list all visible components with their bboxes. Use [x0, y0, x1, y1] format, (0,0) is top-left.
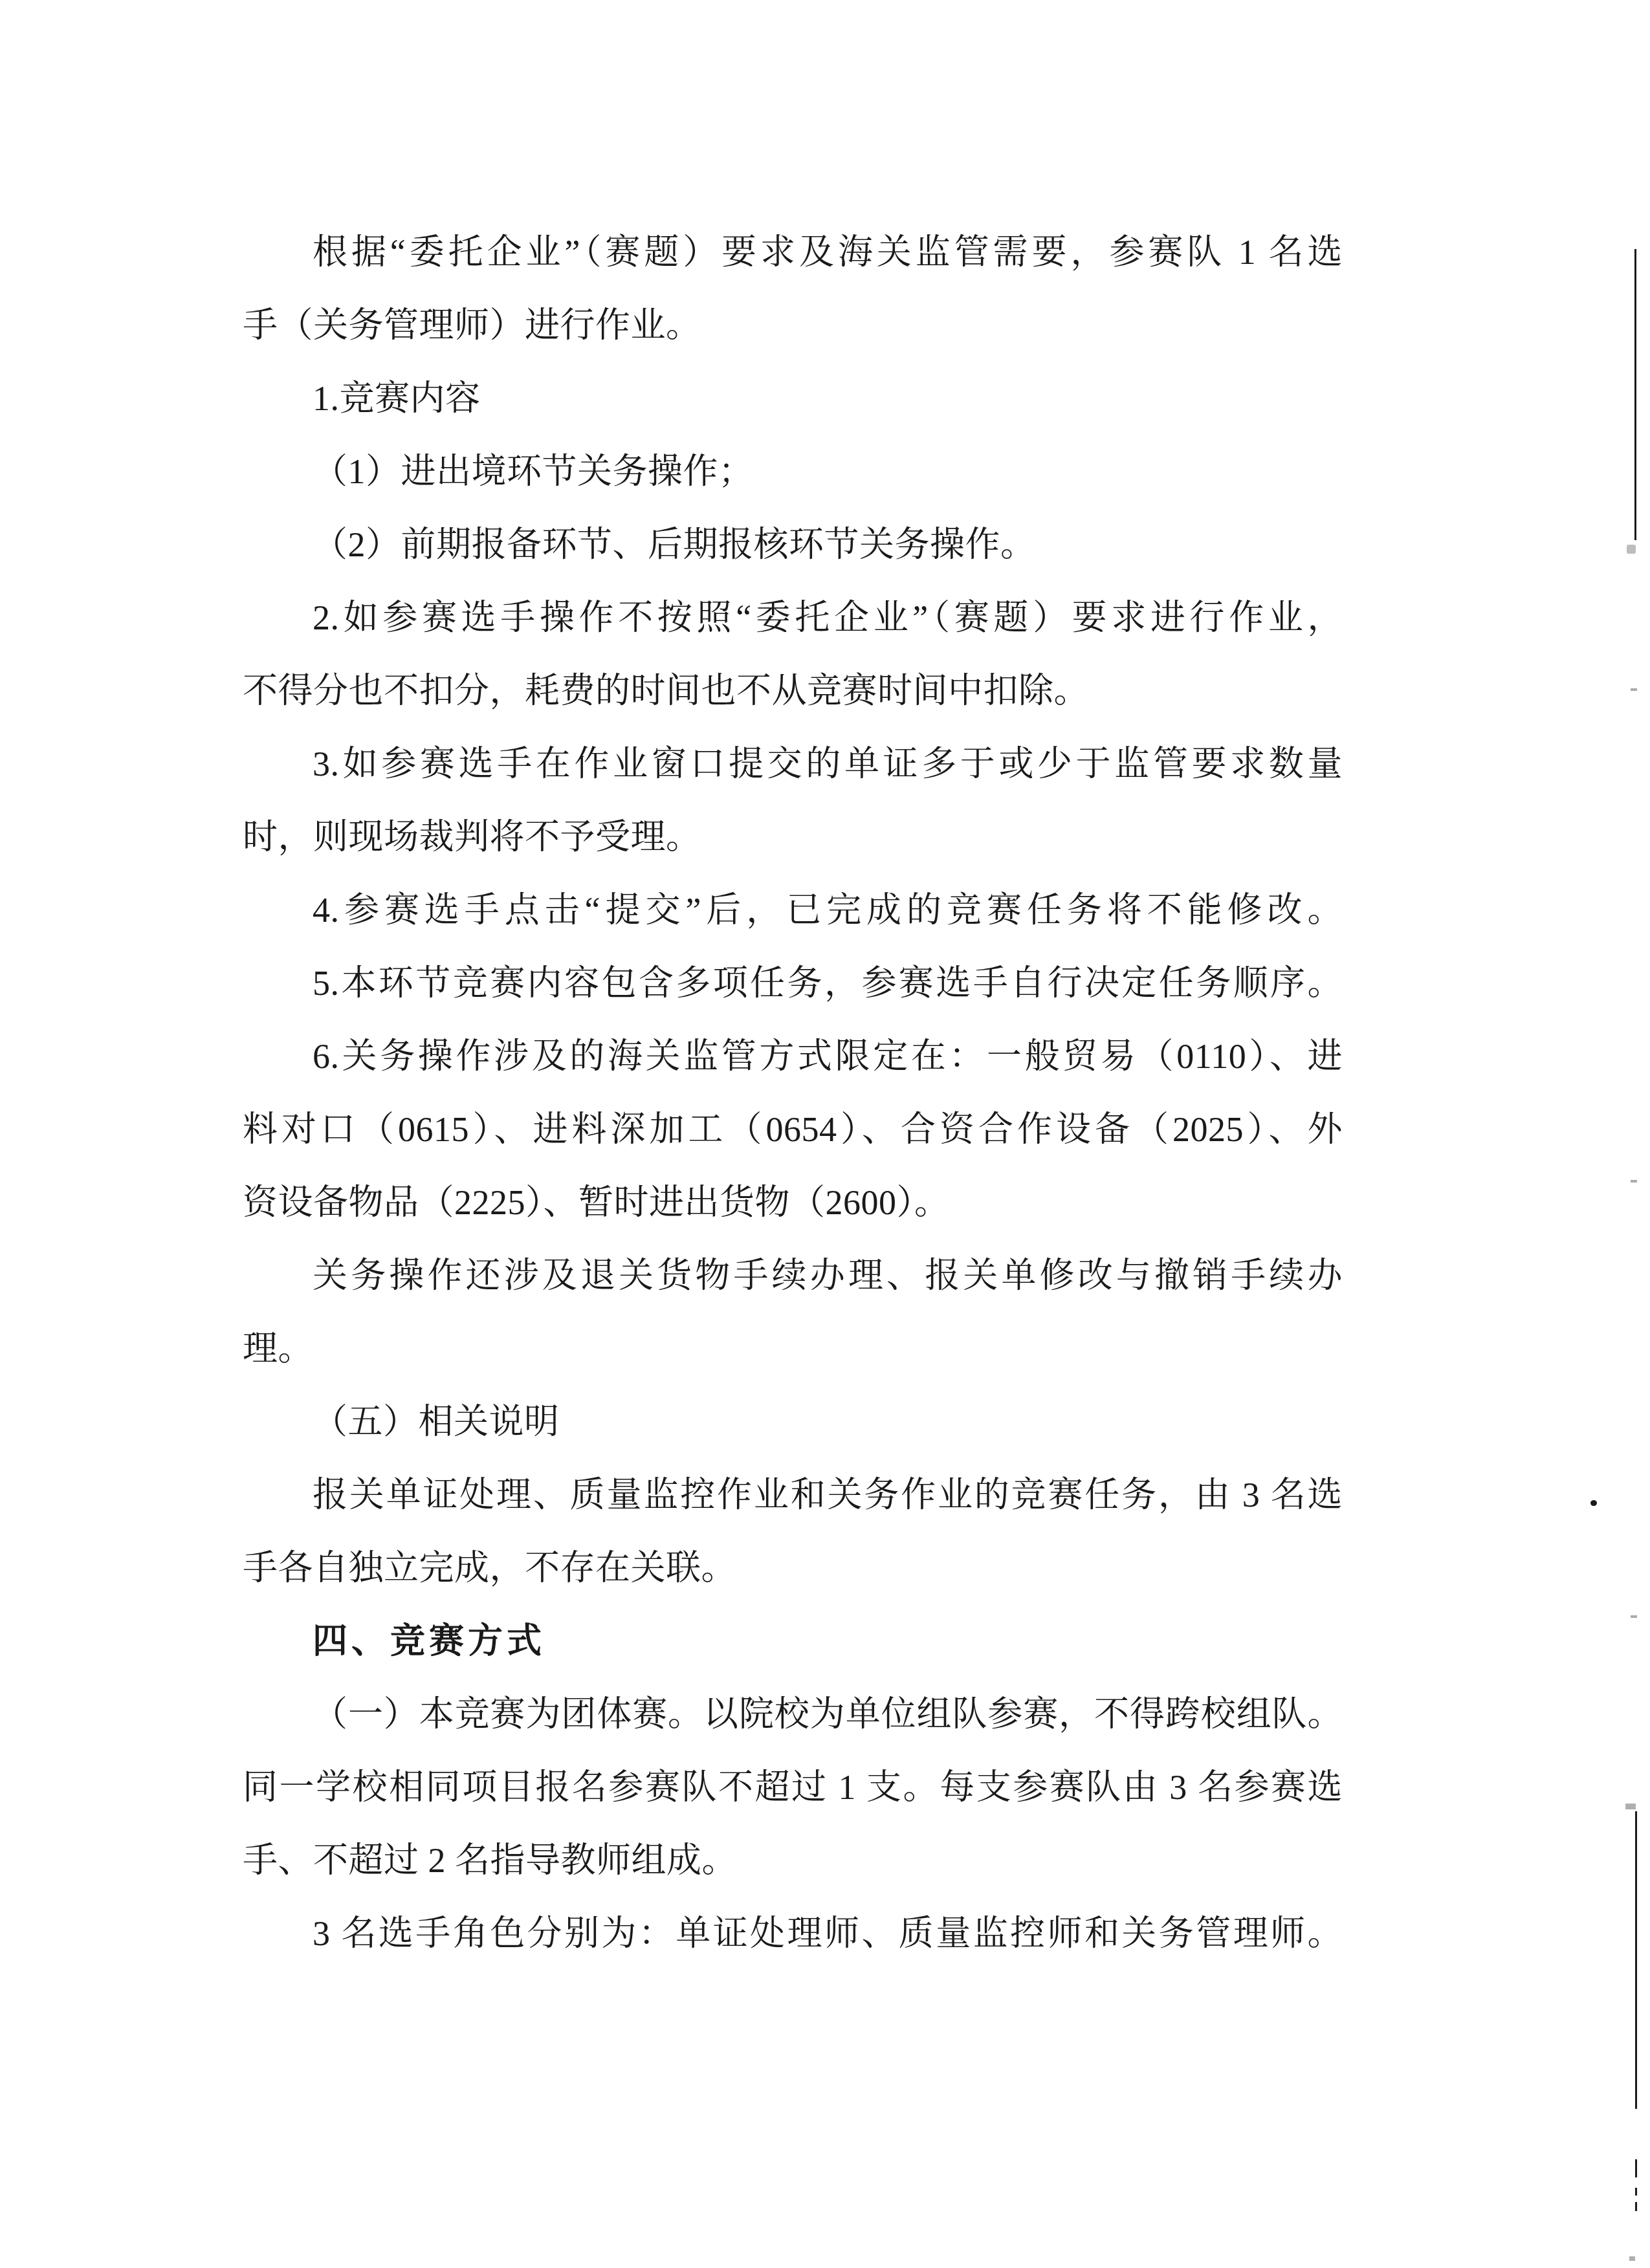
text-line: 3 名选手角色分别为：单证处理师、质量监控师和关务管理师。 — [243, 1897, 1343, 1970]
scan-artifact-speck — [1625, 1804, 1636, 1809]
scan-artifact-vline-bottom — [1635, 1811, 1637, 2109]
text-line: （1）进出境环节关务操作； — [243, 435, 1343, 508]
text-line: 时，则现场裁判将不予受理。 — [243, 801, 1343, 874]
text-line: 同一学校相同项目报名参赛队不超过 1 支。每支参赛队由 3 名参赛选 — [243, 1751, 1343, 1824]
text-line: （五）相关说明 — [243, 1386, 1343, 1459]
text-line: 理。 — [243, 1313, 1343, 1386]
scan-artifact-speck — [1631, 1615, 1637, 1618]
text-line: 手（关务管理师）进行作业。 — [243, 289, 1343, 362]
scan-artifact-speck — [1631, 1180, 1637, 1183]
scan-artifact-speck — [1629, 2256, 1635, 2261]
text-line: 资设备物品（2225）、暂时进出货物（2600）。 — [243, 1166, 1343, 1239]
text-line: 6.关务操作涉及的海关监管方式限定在：一般贸易（0110）、进 — [243, 1020, 1343, 1093]
document-page: 根据“委托企业”（赛题）要求及海关监管需要，参赛队 1 名选 手（关务管理师）进… — [0, 0, 1650, 2268]
scan-artifact-dash — [1635, 2159, 1637, 2177]
text-line: 手各自独立完成，不存在关联。 — [243, 1532, 1343, 1605]
scan-artifact-speck — [1627, 545, 1636, 554]
scan-artifact-dot — [1590, 1500, 1597, 1506]
document-body: 根据“委托企业”（赛题）要求及海关监管需要，参赛队 1 名选 手（关务管理师）进… — [243, 216, 1343, 1970]
text-line: 料对口（0615）、进料深加工（0654）、合资合作设备（2025）、外 — [243, 1093, 1343, 1166]
scan-artifact-vline-top — [1634, 249, 1636, 540]
text-line: 根据“委托企业”（赛题）要求及海关监管需要，参赛队 1 名选 — [243, 216, 1343, 289]
text-line: 关务操作还涉及退关货物手续办理、报关单修改与撤销手续办 — [243, 1239, 1343, 1313]
text-line: 2.如参赛选手操作不按照“委托企业”（赛题）要求进行作业， — [243, 582, 1343, 655]
text-line: 不得分也不扣分，耗费的时间也不从竞赛时间中扣除。 — [243, 655, 1343, 728]
text-line: 1.竞赛内容 — [243, 362, 1343, 435]
section-heading: 四、竞赛方式 — [243, 1605, 1343, 1678]
text-line: 4.参赛选手点击“提交”后，已完成的竞赛任务将不能修改。 — [243, 874, 1343, 947]
text-line: 报关单证处理、质量监控作业和关务作业的竞赛任务，由 3 名选 — [243, 1459, 1343, 1532]
scan-artifact-speck — [1631, 688, 1637, 691]
scan-artifact-dash — [1635, 2188, 1637, 2196]
scan-artifact-dash — [1635, 2202, 1637, 2211]
text-line: （2）前期报备环节、后期报核环节关务操作。 — [243, 508, 1343, 582]
text-line: 5.本环节竞赛内容包含多项任务，参赛选手自行决定任务顺序。 — [243, 947, 1343, 1020]
text-line: 手、不超过 2 名指导教师组成。 — [243, 1824, 1343, 1897]
text-line: （一）本竞赛为团体赛。以院校为单位组队参赛，不得跨校组队。 — [243, 1678, 1343, 1751]
text-line: 3.如参赛选手在作业窗口提交的单证多于或少于监管要求数量 — [243, 728, 1343, 801]
